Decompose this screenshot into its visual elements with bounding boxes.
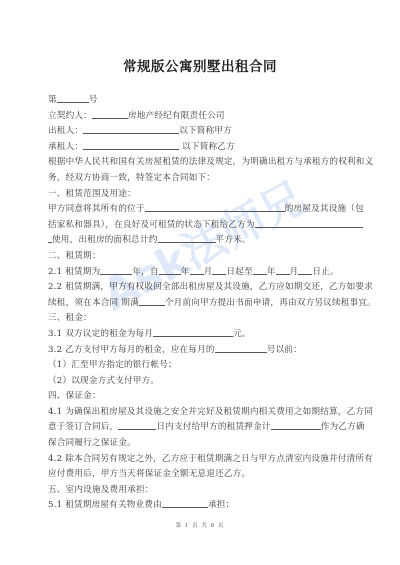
lessee-line: 承租人： 以下简称乙方 bbox=[48, 140, 354, 156]
document-title: 常规版公寓别墅出租合同 bbox=[0, 55, 400, 75]
end-year-blank bbox=[253, 265, 267, 275]
section-2-2-line-2: 续租，须在本合同 期满个月前向甲方提出书面申请，再由双方另议续租事宜。 bbox=[48, 296, 354, 312]
start-day-blank bbox=[212, 265, 226, 275]
section-1-line-1: 甲方同意将其所有的位于的房屋及其设施（包 bbox=[48, 202, 354, 218]
section-3-2-line: 3.2 乙方支付甲方每月的租金，应在每月的号以前： bbox=[48, 343, 354, 359]
section-5-1-line: 5.1 租赁期房屋有关物业费由承担； bbox=[48, 498, 354, 514]
preamble-line-2: 务，经双方协商一致，特签定本合同如下： bbox=[48, 171, 354, 187]
contractor-blank bbox=[92, 109, 128, 119]
payment-option-1: （1）汇至甲方指定的银行帐号； bbox=[48, 358, 354, 374]
property-fee-party-blank bbox=[162, 498, 208, 508]
section-4-2-line-2: 应付费用后，甲方当天将保证金全额无息退还乙方。 bbox=[48, 467, 354, 483]
section-4-heading: 四、保证金： bbox=[48, 389, 354, 405]
section-1-line-3: 使用，出租房的面积总计约平方米。 bbox=[48, 233, 354, 249]
property-location-blank bbox=[145, 202, 285, 212]
lessor-blank bbox=[83, 124, 179, 134]
document-body: 第号 立契约人：房地产经纪有限责任公司 出租人：以下简称甲方 承租人： 以下简称… bbox=[48, 93, 354, 514]
page-number-footer: 第 1 页 共 8 页 bbox=[0, 521, 400, 529]
contractor-line: 立契约人：房地产经纪有限责任公司 bbox=[48, 109, 354, 125]
end-month-blank bbox=[276, 265, 290, 275]
section-5-heading: 五、室内设施及费用承担： bbox=[48, 483, 354, 499]
renewal-months-blank bbox=[139, 296, 165, 306]
area-blank bbox=[158, 233, 216, 243]
deposit-amount-blank bbox=[271, 420, 321, 430]
document-page: Ask法师兄 常规版公寓别墅出租合同 第号 立契约人：房地产经纪有限责任公司 出… bbox=[0, 0, 400, 565]
usage-blank bbox=[255, 218, 363, 228]
section-1-line-2: 括家私和器具），在良好及可租赁的状态下租给乙方为 bbox=[48, 218, 354, 234]
section-3-1-line: 3.1 双方议定的租金为每月元。 bbox=[48, 327, 354, 343]
section-2-heading: 二、租赁期： bbox=[48, 249, 354, 265]
section-2-2-line-1: 2.2 租赁期满，甲方有权收回全部出租房屋及其设施，乙方应如期交还，乙方如要求 bbox=[48, 280, 354, 296]
section-4-1-line-1: 4.1 为确保出租房屋及其设施之安全并完好及租赁期内相关费用之如期结算，乙方同 bbox=[48, 405, 354, 421]
section-3-heading: 三、租金： bbox=[48, 311, 354, 327]
section-4-1-line-3: 保合同履行之保证金。 bbox=[48, 436, 354, 452]
end-day-blank bbox=[298, 265, 312, 275]
deposit-days-blank bbox=[118, 420, 156, 430]
section-1-heading: 一、租赁范围及用途： bbox=[48, 187, 354, 203]
preamble-line-1: 根据中华人民共和国有关房屋租赁的法律及规定，为明确出租方与承租方的权利和义 bbox=[48, 155, 354, 171]
start-month-blank bbox=[190, 265, 204, 275]
payment-day-blank bbox=[215, 343, 267, 353]
contract-number-line: 第号 bbox=[48, 93, 354, 109]
monthly-rent-blank bbox=[153, 327, 233, 337]
section-4-1-line-2: 意于签订合同后，日内支付给甲方的租赁押金计作为乙方确 bbox=[48, 420, 354, 436]
lease-years-blank bbox=[100, 265, 132, 275]
contract-number-blank bbox=[57, 93, 89, 103]
section-2-1-line: 2.1 租赁期为年，自年月日起至年月日止。 bbox=[48, 265, 354, 281]
section-4-2-line-1: 4.2 除本合同另有规定之外，乙方应于租赁期满之日与甲方点清室内设施并付清所有 bbox=[48, 452, 354, 468]
payment-option-2: （2）以现金方式支付甲方。 bbox=[48, 374, 354, 390]
lessor-line: 出租人：以下简称甲方 bbox=[48, 124, 354, 140]
start-year-blank bbox=[159, 265, 181, 275]
lessee-blank bbox=[83, 140, 179, 150]
